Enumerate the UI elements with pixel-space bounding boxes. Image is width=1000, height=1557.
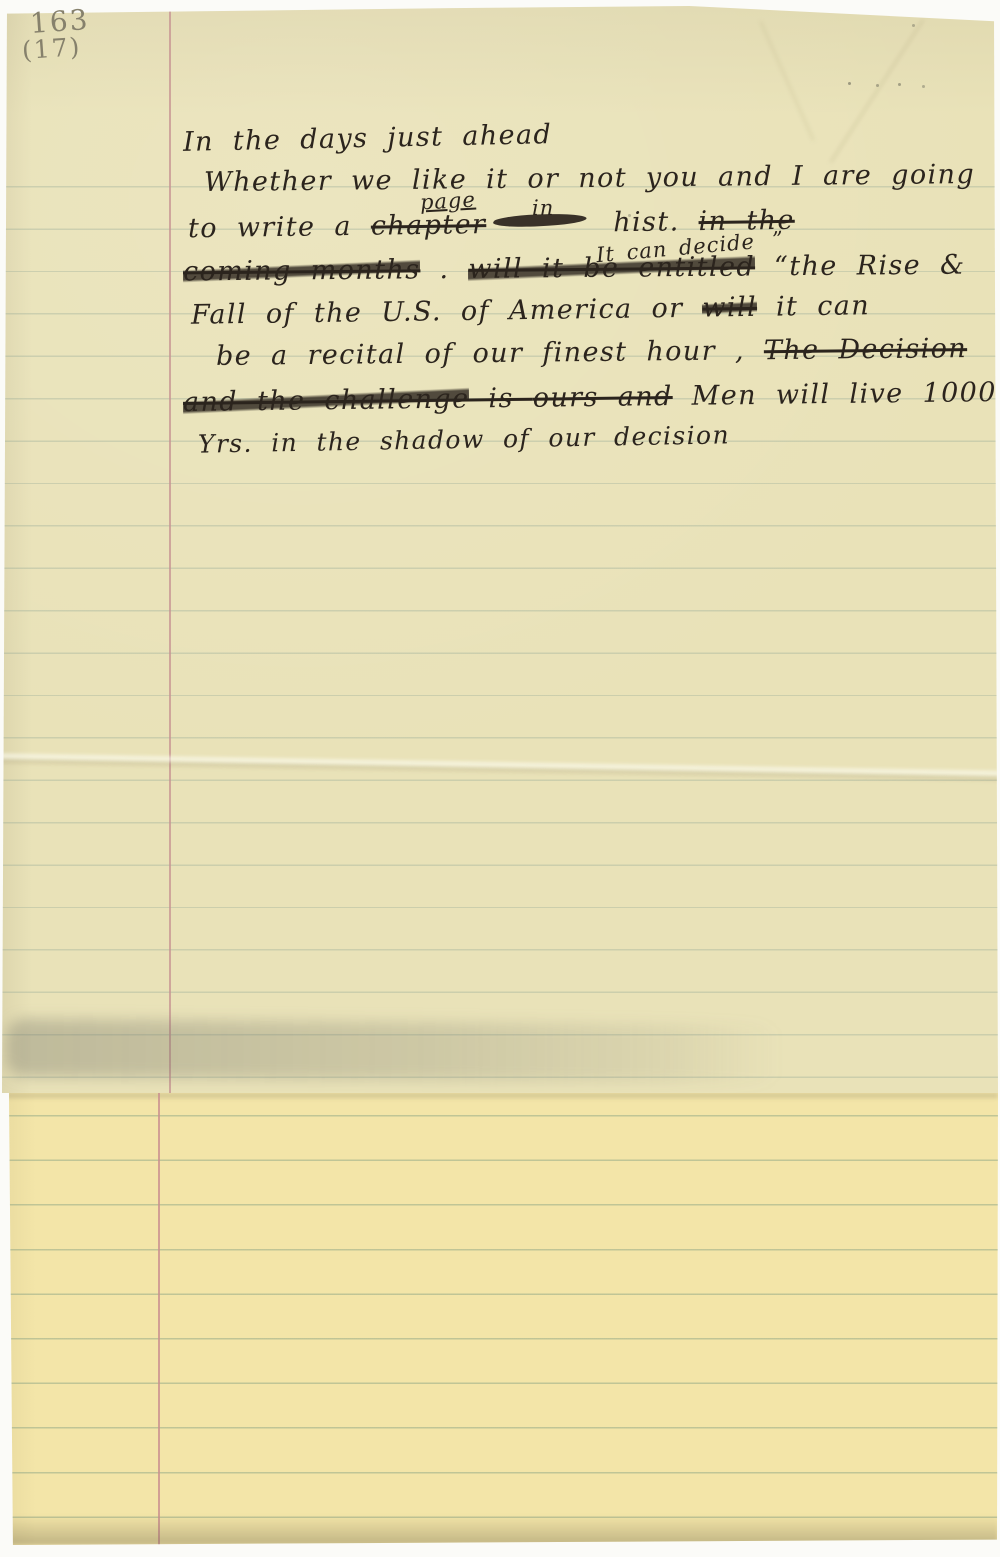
word-segment: . (420, 254, 468, 285)
struck-word: chapter (371, 209, 487, 242)
handwritten-line: In the days just ahead (183, 120, 553, 157)
word-segment: In the days just ahead (183, 119, 553, 158)
struck-word: The Decision (764, 333, 968, 366)
struck-word: coming months (183, 254, 421, 287)
handwritten-line: Fall of the U.S. of America or will it c… (191, 291, 870, 330)
handwritten-line: and the challenge is ours and Men will l… (183, 378, 997, 418)
struck-word: will (702, 292, 757, 324)
handwritten-line: coming months . will it be entitled “the… (183, 251, 966, 288)
handwritten-line: be a recital of our finest hour , The De… (216, 334, 967, 372)
struck-word: will it be entitled (468, 251, 755, 285)
word-segment: be a recital of our finest hour , (216, 335, 764, 372)
struck-word: ours and (533, 381, 673, 414)
word-segment: Whether we like it or not you and I are … (204, 159, 975, 198)
word-segment: to write a (188, 211, 371, 245)
handwritten-text: In the days just ahead Whether we like i… (0, 0, 1000, 1557)
handwritten-line: Yrs. in the shadow of our decision (198, 421, 730, 458)
word-segment: “the Rise & (755, 250, 966, 283)
struck-word: and the challenge (183, 383, 470, 417)
word-segment: Fall of the U.S. of America or (191, 293, 703, 331)
handwritten-line: Whether we like it or not you and I are … (204, 160, 975, 198)
word-segment: Yrs. in the shadow of our decision (198, 420, 730, 458)
word-segment: hist. (594, 206, 699, 238)
scribbled-out-word (491, 212, 590, 228)
struck-word: is (469, 383, 533, 415)
word-segment: Men will live 1000 (673, 377, 998, 412)
word-segment: it can (757, 290, 870, 323)
scanned-manuscript-page: { "page": { "corner_number": "163", "cor… (0, 0, 1000, 1557)
